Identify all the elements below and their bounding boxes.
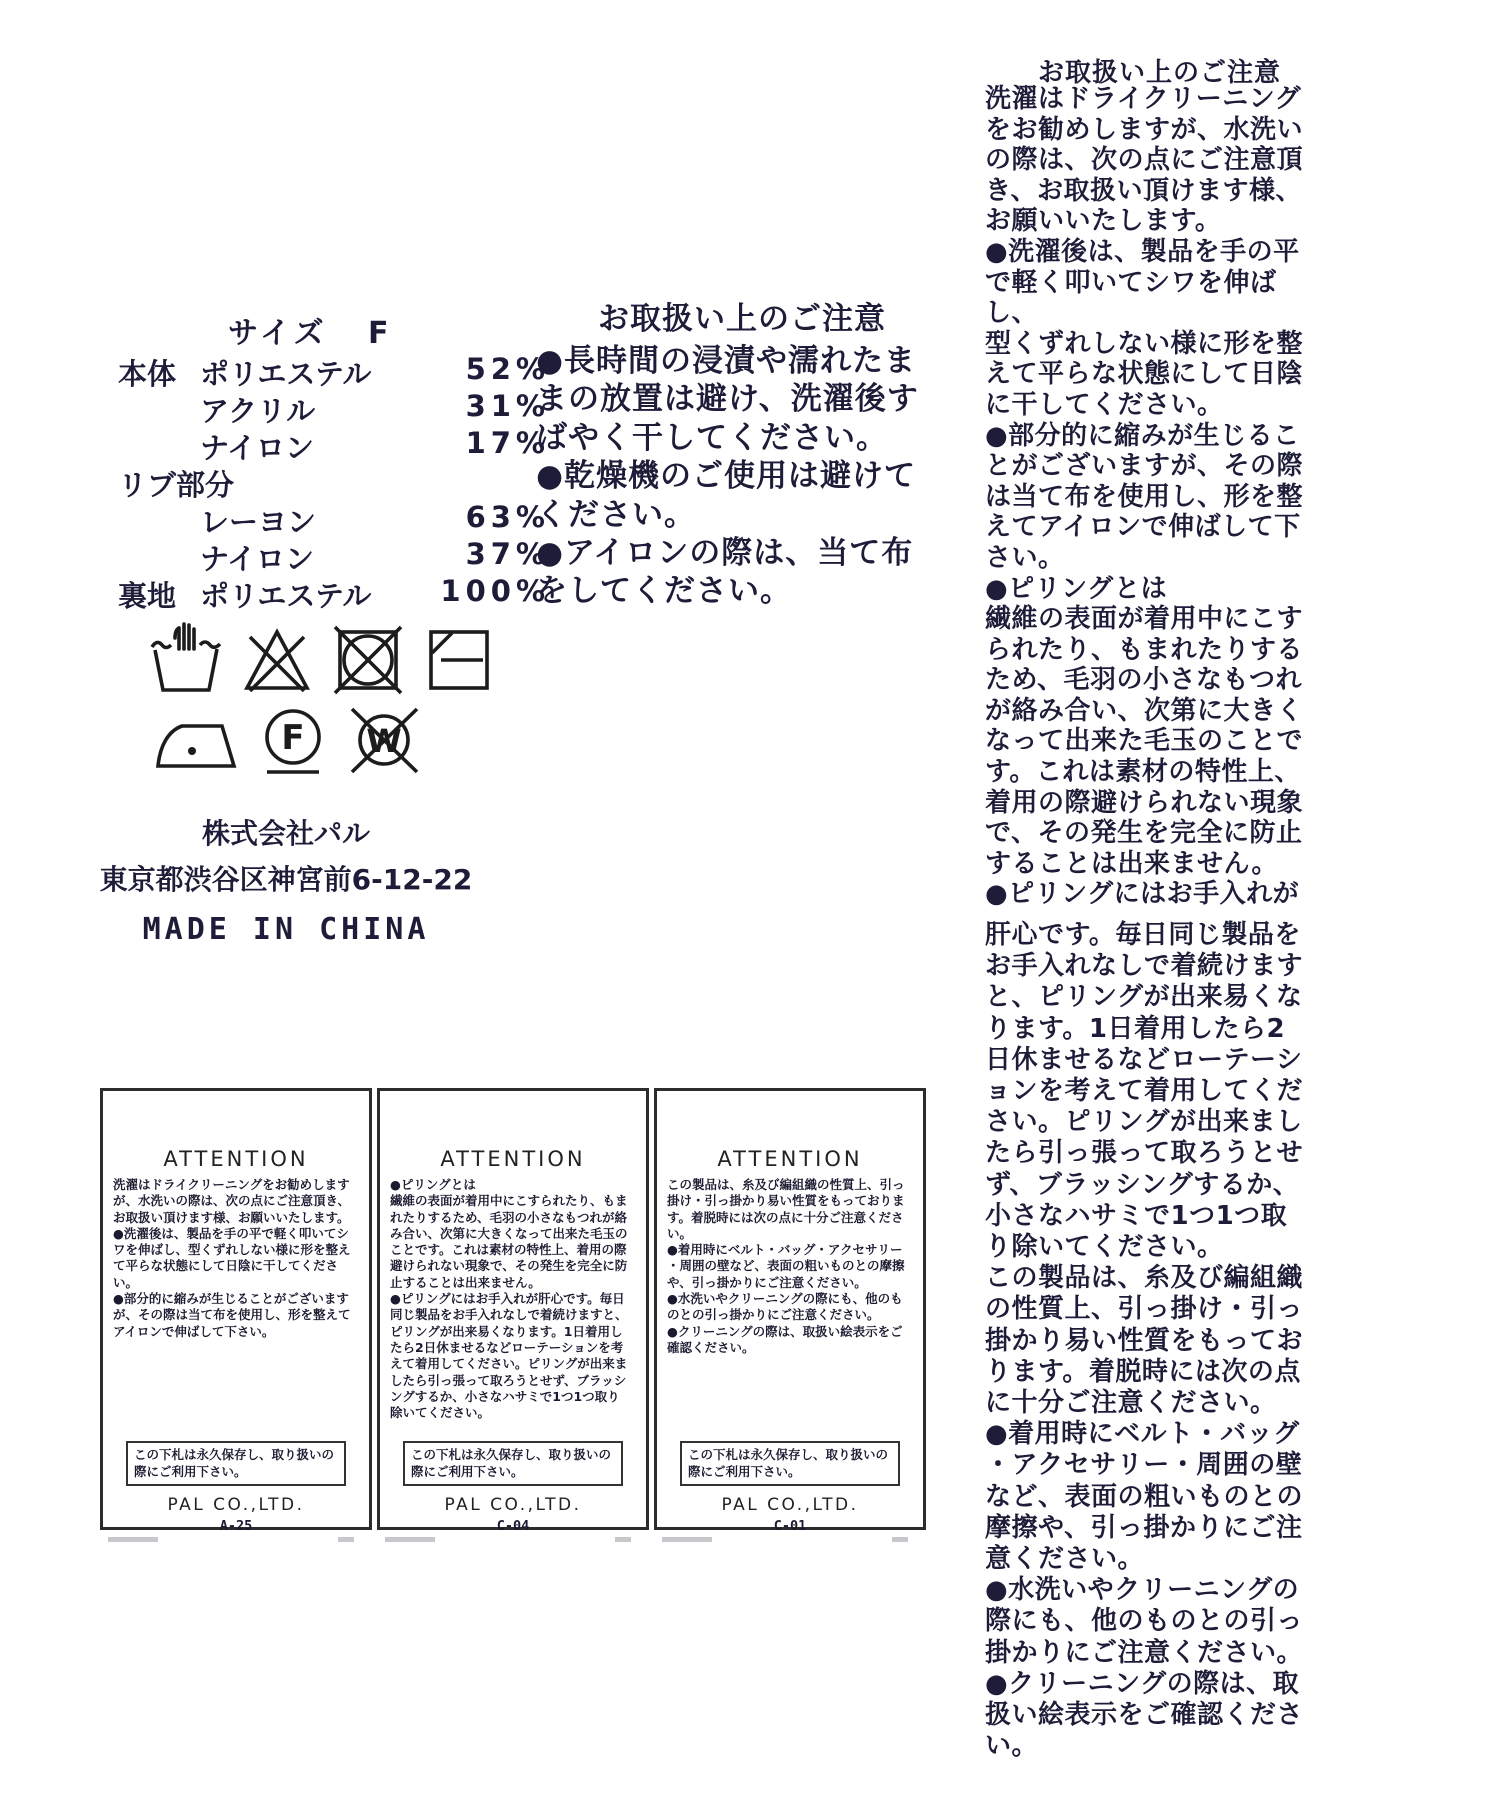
tag-code: C-04: [380, 1518, 646, 1534]
part-label: 裏地: [118, 574, 200, 615]
attention-body: 洗濯はドライクリーニングをお勧めします が、水洗いの際は、次の点にご注意頂き、 …: [113, 1177, 360, 1340]
attention-tag-a25: ATTENTION 洗濯はドライクリーニングをお勧めします が、水洗いの際は、次…: [100, 1088, 372, 1530]
tag-code: A-25: [103, 1518, 369, 1534]
care-label-sheet: サイズ F 本体 ポリエステル 52% アクリル 31% ナイロン 17% リブ…: [0, 0, 1500, 1800]
attention-tag-c01: ATTENTION この製品は、糸及び編組織の性質上、引っ 掛け・引っ掛かり易い…: [654, 1088, 926, 1530]
do-not-wet-clean-icon: W: [344, 700, 424, 780]
company-address: 東京都渋谷区神宮前6-12-22: [95, 858, 477, 898]
do-not-tumble-dry-icon: [328, 620, 408, 700]
tag-company: PAL CO.,LTD.: [657, 1495, 923, 1515]
material-label: ナイロン: [200, 537, 422, 578]
attention-body: ●ピリングとは 繊維の表面が着用中にこすられたり、もま れたりするため、毛羽の小…: [390, 1177, 637, 1421]
country-of-origin: MADE IN CHINA: [95, 912, 477, 947]
attention-title: ATTENTION: [657, 1147, 923, 1171]
material-label: アクリル: [200, 389, 422, 430]
material-label: ポリエステル: [200, 352, 422, 393]
handling-note-title: お取扱い上のご注意: [536, 293, 936, 338]
percent-value: 52%: [422, 352, 550, 386]
keep-tag-notice: この下札は永久保存し、取り扱いの 際にご利用下さい。: [403, 1441, 623, 1486]
attention-title: ATTENTION: [103, 1147, 369, 1171]
composition-row: ナイロン 17%: [118, 426, 550, 463]
company-name: 株式会社パル: [95, 812, 477, 852]
attention-body: この製品は、糸及び編組織の性質上、引っ 掛け・引っ掛かり易い性質をもっておりま …: [667, 1177, 914, 1356]
composition-row: レーヨン 63%: [118, 500, 550, 537]
handling-note-body: ●長時間の浸漬や濡れたま まの放置は避け、洗濯後す ばやく干してください。 ●乾…: [536, 342, 936, 611]
keep-tag-notice: この下札は永久保存し、取り扱いの 際にご利用下さい。: [126, 1441, 346, 1486]
part-label: 本体: [118, 352, 200, 393]
composition-row: ナイロン 37%: [118, 537, 550, 574]
cutoff-print-artifact: [662, 1537, 712, 1542]
svg-text:F: F: [281, 718, 304, 758]
keep-tag-notice: この下札は永久保存し、取り扱いの 際にご利用下さい。: [680, 1441, 900, 1486]
percent-value: 17%: [422, 426, 550, 460]
material-label: レーヨン: [200, 500, 422, 541]
right-column-text-block-2: 肝心です。毎日同じ製品を お手入れなしで着続けます と、ピリングが出来易くな り…: [985, 920, 1321, 1762]
composition-row: 裏地 ポリエステル 100%: [118, 574, 550, 611]
care-symbols-row-2: F W: [150, 700, 424, 780]
tag-company: PAL CO.,LTD.: [380, 1495, 646, 1515]
right-column-text-block-1: 洗濯はドライクリーニング をお勧めしますが、水洗い の際は、次の点にご注意頂 き…: [985, 84, 1321, 910]
size-label: サイズ F: [228, 308, 393, 352]
fabric-composition-table: 本体 ポリエステル 52% アクリル 31% ナイロン 17% リブ部分 レーヨ…: [118, 352, 550, 611]
percent-value: 100%: [422, 574, 550, 608]
cutoff-print-artifact: [338, 1537, 354, 1542]
hand-wash-icon: [146, 620, 226, 700]
care-symbols-row-1: [146, 620, 499, 700]
dry-flat-in-shade-icon: [419, 620, 499, 700]
cutoff-print-artifact: [892, 1537, 908, 1542]
tag-company: PAL CO.,LTD.: [103, 1495, 369, 1515]
cutoff-print-artifact: [108, 1537, 158, 1542]
cutoff-print-artifact: [385, 1537, 435, 1542]
attention-title: ATTENTION: [380, 1147, 646, 1171]
handling-note: お取扱い上のご注意 ●長時間の浸漬や濡れたま まの放置は避け、洗濯後す ばやく干…: [536, 293, 936, 611]
part-label: リブ部分: [118, 463, 200, 504]
percent-value: 37%: [422, 537, 550, 571]
tag-code: C-01: [657, 1518, 923, 1534]
material-label: ナイロン: [200, 426, 422, 467]
material-label: ポリエステル: [200, 574, 422, 615]
do-not-bleach-icon: [237, 620, 317, 700]
percent-value: 31%: [422, 389, 550, 423]
percent-value: 63%: [422, 500, 550, 534]
cutoff-print-artifact: [615, 1537, 631, 1542]
composition-row: 本体 ポリエステル 52%: [118, 352, 550, 389]
composition-row: アクリル 31%: [118, 389, 550, 426]
manufacturer-block: 株式会社パル 東京都渋谷区神宮前6-12-22 MADE IN CHINA: [95, 812, 477, 947]
iron-low-heat-icon: [150, 700, 242, 780]
attention-tag-c04: ATTENTION ●ピリングとは 繊維の表面が着用中にこすられたり、もま れた…: [377, 1088, 649, 1530]
professional-dry-clean-F-icon: F: [253, 700, 333, 780]
composition-row: リブ部分: [118, 463, 550, 500]
